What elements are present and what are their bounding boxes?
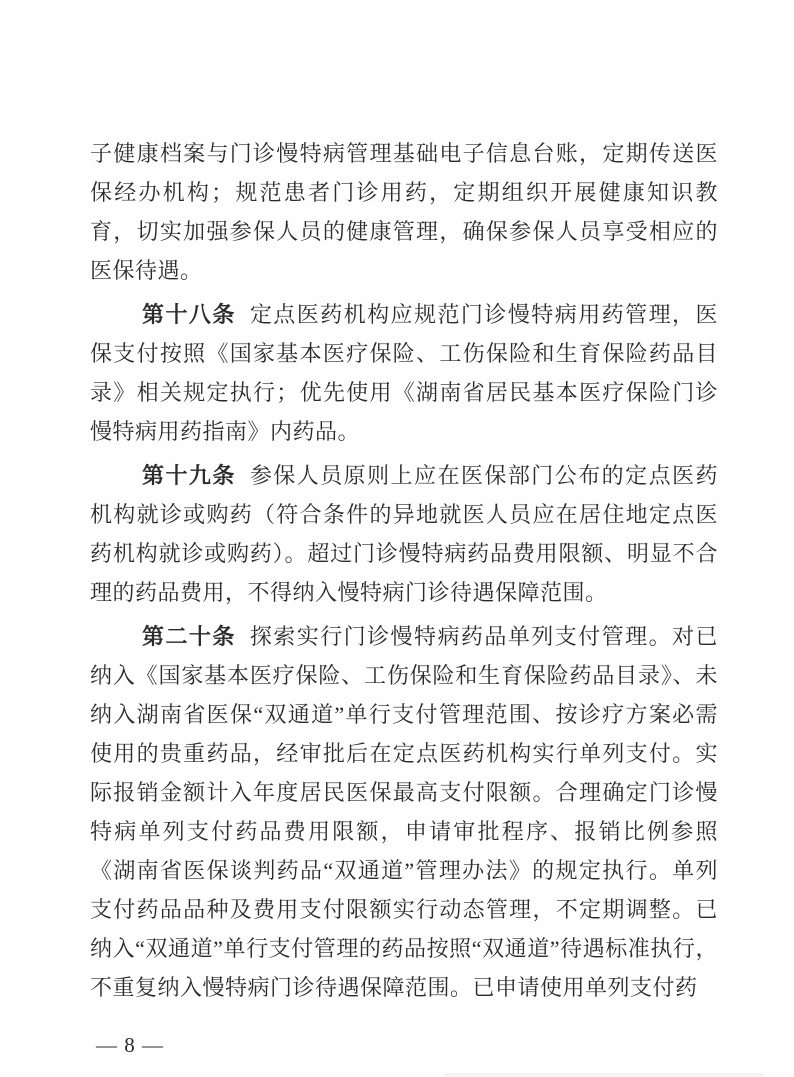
document-page: 子健康档案与门诊慢特病管理基础电子信息台账，定期传送医保经办机构；规范患者门诊用… (0, 0, 794, 1077)
paragraph: 子健康档案与门诊慢特病管理基础电子信息台账，定期传送医保经办机构；规范患者门诊用… (90, 134, 718, 290)
document-body: 子健康档案与门诊慢特病管理基础电子信息台账，定期传送医保经办机构；规范患者门诊用… (90, 134, 718, 1007)
article-number-label: 第十九条 (142, 463, 236, 488)
article-number-label: 第十八条 (142, 302, 236, 327)
paragraph-text: 探索实行门诊慢特病药品单列支付管理。对已纳入《国家基本医疗保险、工伤保险和生育保… (90, 624, 718, 1000)
page-number: — 8 — (96, 1032, 164, 1058)
paragraph: 第十九条参保人员原则上应在医保部门公布的定点医药机构就诊或购药（符合条件的异地就… (90, 456, 718, 612)
paragraph-text: 子健康档案与门诊慢特病管理基础电子信息台账，定期传送医保经办机构；规范患者门诊用… (90, 141, 718, 283)
paragraph: 第二十条探索实行门诊慢特病药品单列支付管理。对已纳入《国家基本医疗保险、工伤保险… (90, 617, 718, 1007)
article-number-label: 第二十条 (142, 624, 236, 649)
paragraph: 第十八条定点医药机构应规范门诊慢特病用药管理，医保支付按照《国家基本医疗保险、工… (90, 295, 718, 451)
scan-artifact (444, 1073, 764, 1077)
